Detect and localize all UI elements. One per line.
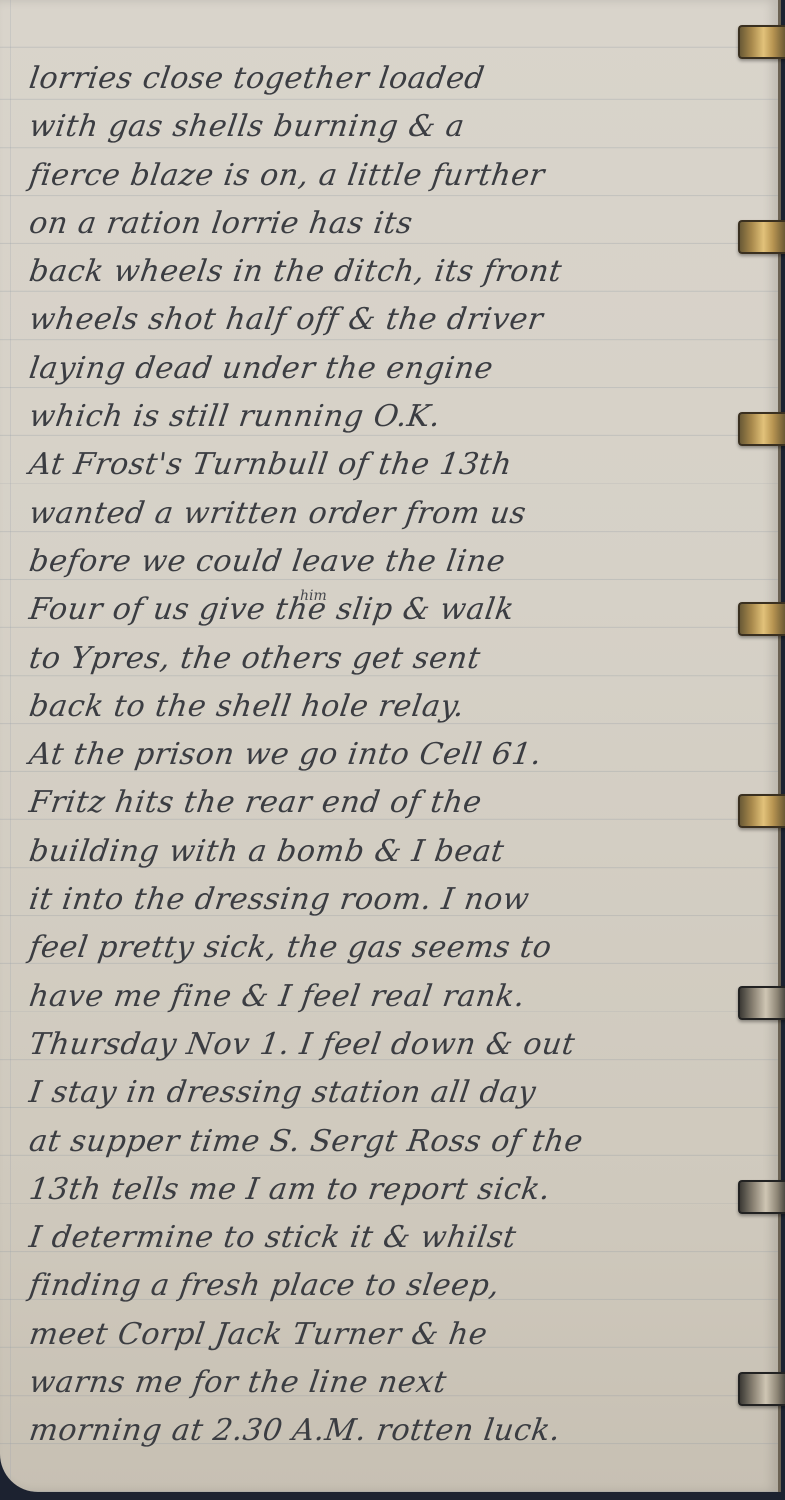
text-line-7: laying dead under the engine bbox=[26, 345, 745, 393]
text-line-22: I stay in dressing station all day bbox=[26, 1069, 745, 1117]
text-line-14: back to the shell hole relay. bbox=[26, 683, 745, 731]
spiral-ring-icon bbox=[738, 1372, 785, 1406]
text-line-29: morning at 2.30 A.M. rotten luck. bbox=[26, 1407, 745, 1455]
text-line-10: wanted a written order from us bbox=[26, 490, 745, 538]
text-line-20: have me fine & I feel real rank. bbox=[26, 973, 745, 1021]
inserted-word: him bbox=[300, 588, 327, 604]
spiral-ring-icon bbox=[738, 1180, 785, 1214]
notebook-page: lorries close together loaded with gas s… bbox=[0, 0, 781, 1492]
text-line-13: to Ypres, the others get sent bbox=[26, 635, 745, 683]
text-line-5: back wheels in the ditch, its front bbox=[26, 248, 745, 296]
text-line-9: At Frost's Turnbull of the 13th bbox=[26, 441, 745, 489]
text-line-23: at supper time S. Sergt Ross of the bbox=[26, 1118, 745, 1166]
text-line-17: building with a bomb & I beat bbox=[26, 828, 745, 876]
text-line-24: 13th tells me I am to report sick. bbox=[26, 1166, 745, 1214]
spiral-ring-icon bbox=[738, 986, 785, 1020]
spiral-ring-icon bbox=[738, 25, 785, 59]
spiral-ring-icon bbox=[738, 602, 785, 636]
spiral-ring-icon bbox=[738, 412, 785, 446]
text-line-8: which is still running O.K. bbox=[26, 393, 745, 441]
spiral-ring-icon bbox=[738, 220, 785, 254]
handwritten-text: lorries close together loaded with gas s… bbox=[26, 55, 738, 1456]
spiral-ring-icon bbox=[738, 794, 785, 828]
text-line-27: meet Corpl Jack Turner & he bbox=[26, 1311, 745, 1359]
text-line-26: finding a fresh place to sleep, bbox=[26, 1262, 745, 1310]
text-line-16: Fritz hits the rear end of the bbox=[26, 779, 745, 827]
text-line-6: wheels shot half off & the driver bbox=[26, 296, 745, 344]
text-line-28: warns me for the line next bbox=[26, 1359, 745, 1407]
text-line-4: on a ration lorrie has its bbox=[26, 200, 745, 248]
text-line-25: I determine to stick it & whilst bbox=[26, 1214, 745, 1262]
text-line-11: before we could leave the line bbox=[26, 538, 745, 586]
text-line-2: with gas shells burning & a bbox=[26, 103, 745, 151]
text-line-15: At the prison we go into Cell 61. bbox=[26, 731, 745, 779]
text-line-18: it into the dressing room. I now bbox=[26, 876, 745, 924]
text-line-12: Four of us give the slip & walk bbox=[26, 586, 745, 634]
text-line-3: fierce blaze is on, a little further bbox=[26, 152, 745, 200]
text-line-19: feel pretty sick, the gas seems to bbox=[26, 924, 745, 972]
text-line-21: Thursday Nov 1. I feel down & out bbox=[26, 1021, 745, 1069]
margin-rule bbox=[10, 0, 11, 1492]
text-line-1: lorries close together loaded bbox=[26, 55, 745, 103]
